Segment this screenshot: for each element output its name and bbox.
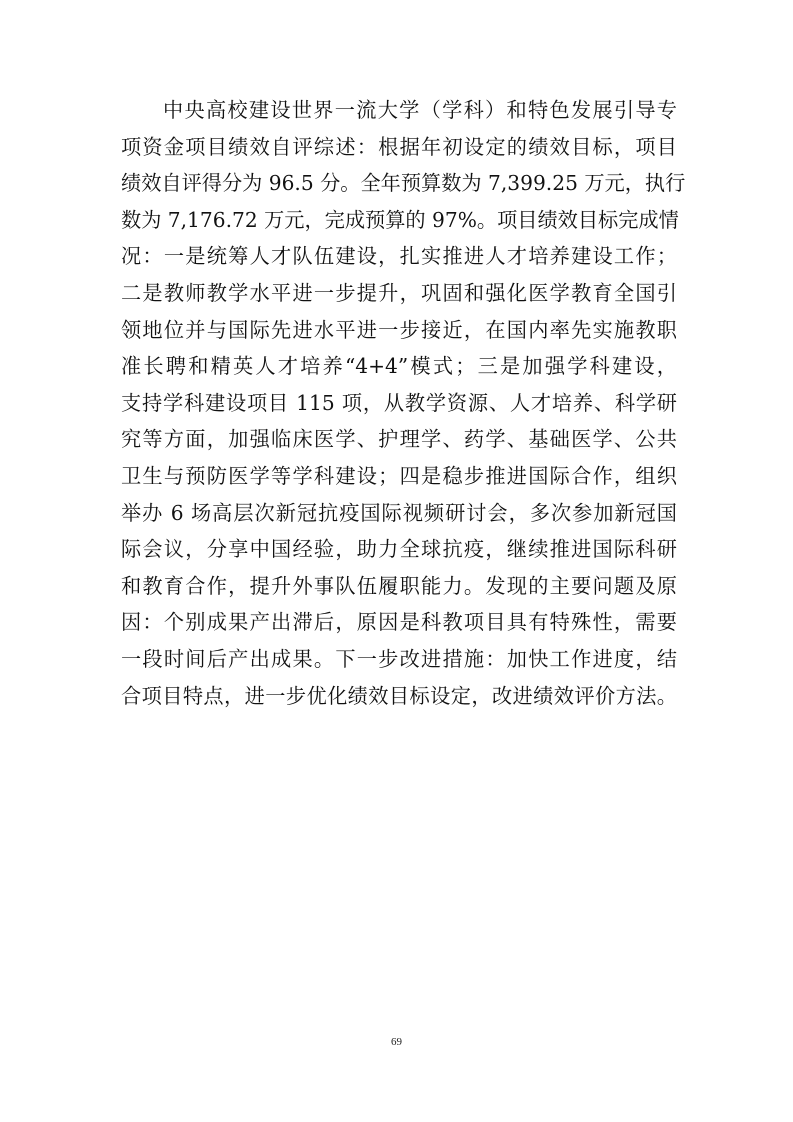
document-page: 中央高校建设世界一流大学（学科）和特色发展引导专 项资金项目绩效自评综述：根据年… [0,0,793,1122]
paragraph-line: 中央高校建设世界一流大学（学科）和特色发展引导专 [121,92,677,129]
paragraph-line: 数为 7,176.72 万元，完成预算的 97%。项目绩效目标完成情 [121,202,677,239]
paragraph-line: 卫生与预防医学等学科建设；四是稳步推进国际合作，组织 [121,458,677,495]
performance-summary-paragraph: 中央高校建设世界一流大学（学科）和特色发展引导专 项资金项目绩效自评综述：根据年… [121,92,677,714]
paragraph-line: 合项目特点，进一步优化绩效目标设定，改进绩效评价方法。 [121,678,677,715]
paragraph-line: 支持学科建设项目 115 项，从教学资源、人才培养、科学研 [121,385,677,422]
paragraph-line: 究等方面，加强临床医学、护理学、药学、基础医学、公共 [121,421,677,458]
paragraph-line: 准长聘和精英人才培养“4+4”模式；三是加强学科建设， [121,348,677,385]
page-number: 69 [0,1036,793,1048]
paragraph-line: 绩效自评得分为 96.5 分。全年预算数为 7,399.25 万元，执行 [121,165,677,202]
paragraph-line: 举办 6 场高层次新冠抗疫国际视频研讨会，多次参加新冠国 [121,495,677,532]
paragraph-line: 和教育合作，提升外事队伍履职能力。发现的主要问题及原 [121,568,677,605]
paragraph-line: 二是教师教学水平进一步提升，巩固和强化医学教育全国引 [121,275,677,312]
paragraph-line: 项资金项目绩效自评综述：根据年初设定的绩效目标，项目 [121,129,677,166]
paragraph-line: 况：一是统筹人才队伍建设，扎实推进人才培养建设工作； [121,238,677,275]
paragraph-line: 际会议，分享中国经验，助力全球抗疫，继续推进国际科研 [121,531,677,568]
paragraph-line: 领地位并与国际先进水平进一步接近，在国内率先实施教职 [121,312,677,349]
paragraph-line: 因：个别成果产出滞后，原因是科教项目具有特殊性，需要 [121,604,677,641]
paragraph-line: 一段时间后产出成果。下一步改进措施：加快工作进度，结 [121,641,677,678]
